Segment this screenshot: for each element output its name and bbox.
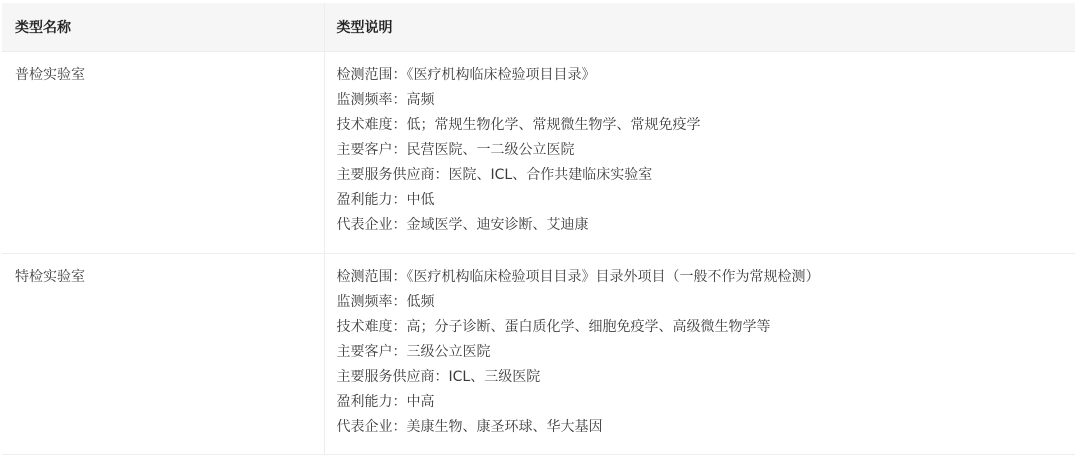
detail-providers: 主要服务供应商：医院、ICL、合作共建临床实验室 bbox=[337, 163, 1076, 188]
detail-scope: 检测范围：《医疗机构临床检验项目目录》目录外项目（一般不作为常规检测） bbox=[337, 265, 1076, 290]
type-description-cell: 检测范围：《医疗机构临床检验项目目录》目录外项目（一般不作为常规检测） 监测频率… bbox=[324, 254, 1075, 455]
header-type-name: 类型名称 bbox=[2, 3, 324, 52]
detail-profitability: 盈利能力：中高 bbox=[337, 390, 1076, 415]
header-type-description: 类型说明 bbox=[324, 3, 1075, 52]
detail-companies: 代表企业：金域医学、迪安诊断、艾迪康 bbox=[337, 213, 1076, 238]
table-row: 特检实验室 检测范围：《医疗机构临床检验项目目录》目录外项目（一般不作为常规检测… bbox=[2, 254, 1075, 455]
type-description-cell: 检测范围：《医疗机构临床检验项目目录》 监测频率：高频 技术难度：低；常规生物化… bbox=[324, 52, 1075, 254]
detail-frequency: 监测频率：低频 bbox=[337, 290, 1076, 315]
detail-customers: 主要客户：三级公立医院 bbox=[337, 340, 1076, 365]
detail-profitability: 盈利能力：中低 bbox=[337, 188, 1076, 213]
detail-providers: 主要服务供应商：ICL、三级医院 bbox=[337, 365, 1076, 390]
detail-scope: 检测范围：《医疗机构临床检验项目目录》 bbox=[337, 63, 1076, 88]
detail-customers: 主要客户：民营医院、一二级公立医院 bbox=[337, 138, 1076, 163]
lab-type-table: 类型名称 类型说明 普检实验室 检测范围：《医疗机构临床检验项目目录》 监测频率… bbox=[2, 3, 1075, 455]
lab-type-table-container: 类型名称 类型说明 普检实验室 检测范围：《医疗机构临床检验项目目录》 监测频率… bbox=[2, 3, 1075, 453]
detail-frequency: 监测频率：高频 bbox=[337, 88, 1076, 113]
type-name-cell: 普检实验室 bbox=[2, 52, 324, 254]
detail-difficulty: 技术难度：低；常规生物化学、常规微生物学、常规免疫学 bbox=[337, 113, 1076, 138]
table-header: 类型名称 类型说明 bbox=[2, 3, 1075, 52]
type-name: 普检实验室 bbox=[15, 63, 324, 88]
detail-difficulty: 技术难度：高；分子诊断、蛋白质化学、细胞免疫学、高级微生物学等 bbox=[337, 315, 1076, 340]
table-row: 普检实验室 检测范围：《医疗机构临床检验项目目录》 监测频率：高频 技术难度：低… bbox=[2, 52, 1075, 254]
type-name: 特检实验室 bbox=[15, 265, 324, 290]
type-name-cell: 特检实验室 bbox=[2, 254, 324, 455]
detail-companies: 代表企业：美康生物、康圣环球、华大基因 bbox=[337, 415, 1076, 440]
table-body: 普检实验室 检测范围：《医疗机构临床检验项目目录》 监测频率：高频 技术难度：低… bbox=[2, 52, 1075, 455]
header-row: 类型名称 类型说明 bbox=[2, 3, 1075, 52]
